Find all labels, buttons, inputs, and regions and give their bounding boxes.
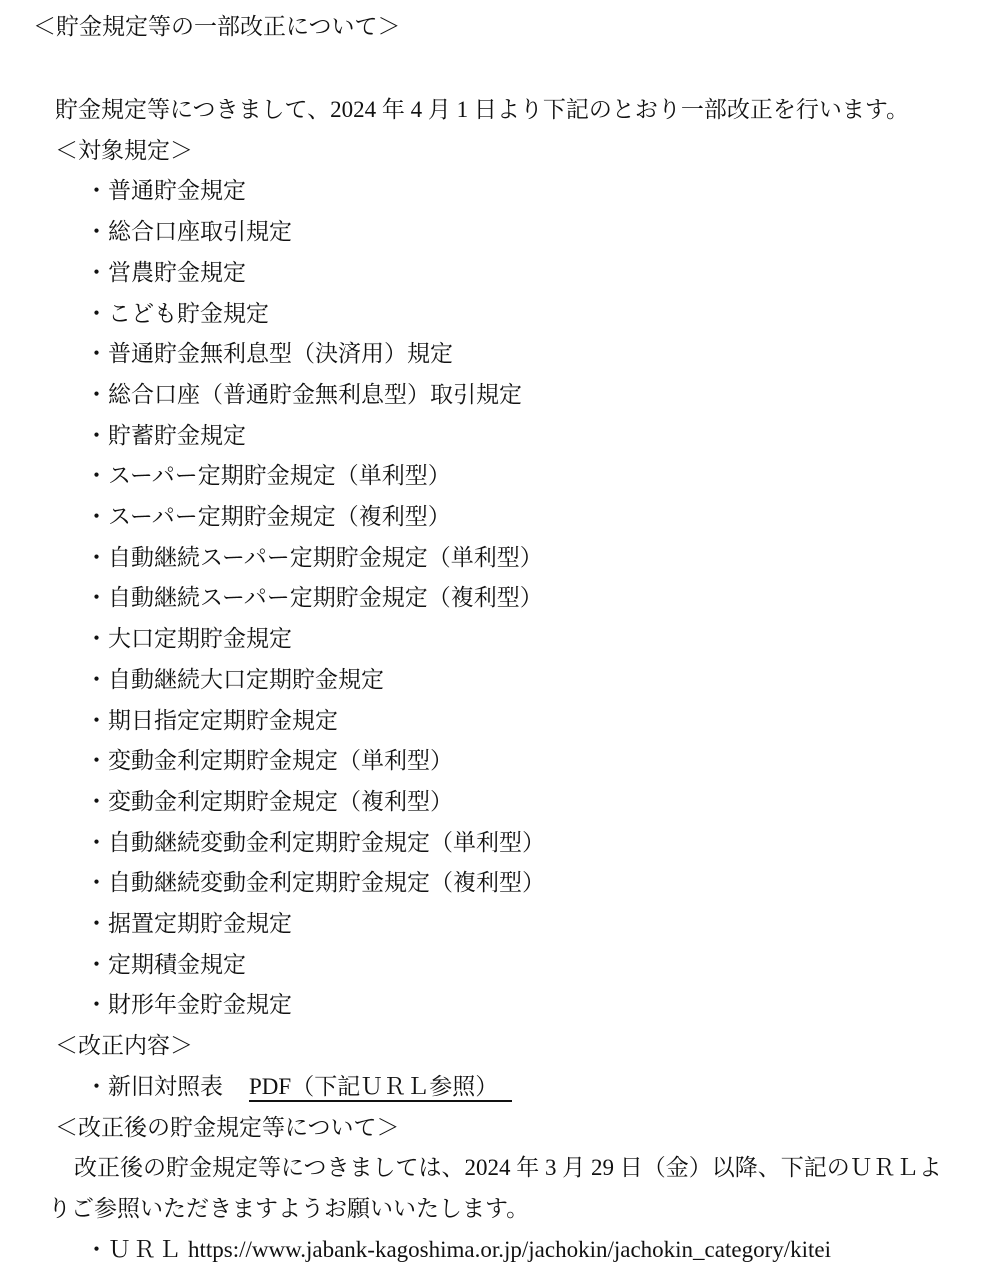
section-heading-amendment-content: ＜改正内容＞ (0, 1026, 1000, 1067)
after-paragraph-line-2: りご参照いただきますようお願いいたします。 (0, 1189, 1000, 1230)
bullet-marker: ・ (85, 375, 108, 416)
url-label: ＵＲＬ (108, 1237, 183, 1262)
regulation-name: 普通貯金無利息型（決済用）規定 (108, 341, 453, 366)
regulation-name: 自動継続スーパー定期貯金規定（単利型） (108, 545, 543, 570)
list-item: ・自動継続変動金利定期貯金規定（複利型） (0, 863, 1000, 904)
list-item: ・こども貯金規定 (0, 294, 1000, 335)
list-item: ・普通貯金規定 (0, 171, 1000, 212)
regulation-name: 自動継続変動金利定期貯金規定（複利型） (108, 870, 545, 895)
list-item: ・総合口座（普通貯金無利息型）取引規定 (0, 375, 1000, 416)
section-heading-target-regulations: ＜対象規定＞ (0, 131, 1000, 172)
list-item: ・普通貯金無利息型（決済用）規定 (0, 334, 1000, 375)
pdf-reference-link[interactable]: PDF（下記ＵＲＬ参照） (249, 1074, 512, 1102)
list-item: ・自動継続スーパー定期貯金規定（複利型） (0, 578, 1000, 619)
regulation-name: 定期積金規定 (108, 952, 246, 977)
list-item: ・スーパー定期貯金規定（単利型） (0, 456, 1000, 497)
list-item: ・定期積金規定 (0, 945, 1000, 986)
bullet-marker: ・ (85, 619, 108, 660)
list-item: ・財形年金貯金規定 (0, 985, 1000, 1026)
list-item: ・変動金利定期貯金規定（複利型） (0, 782, 1000, 823)
url-line: ・ＵＲＬhttps://www.jabank-kagoshima.or.jp/j… (0, 1230, 1000, 1263)
list-item: ・自動継続大口定期貯金規定 (0, 660, 1000, 701)
regulation-name: 変動金利定期貯金規定（単利型） (108, 748, 453, 773)
intro-paragraph: 貯金規定等につきまして、2024 年 4 月 1 日より下記のとおり一部改正を行… (0, 90, 1000, 131)
bullet-marker: ・ (85, 904, 108, 945)
bullet-marker: ・ (85, 171, 108, 212)
regulation-name: 大口定期貯金規定 (108, 626, 292, 651)
list-item: ・自動継続変動金利定期貯金規定（単利型） (0, 823, 1000, 864)
bullet-marker: ・ (85, 456, 108, 497)
regulation-list: ・普通貯金規定 ・総合口座取引規定 ・営農貯金規定 ・こども貯金規定 ・普通貯金… (0, 171, 1000, 1026)
bullet-marker: ・ (85, 416, 108, 457)
list-item: ・自動継続スーパー定期貯金規定（単利型） (0, 538, 1000, 579)
bullet-marker: ・ (85, 863, 108, 904)
regulation-name: 総合口座（普通貯金無利息型）取引規定 (108, 382, 522, 407)
list-item: ・総合口座取引規定 (0, 212, 1000, 253)
bullet-marker: ・ (85, 212, 108, 253)
list-item: ・変動金利定期貯金規定（単利型） (0, 741, 1000, 782)
amendment-item-line: ・新旧対照表PDF（下記ＵＲＬ参照） (0, 1067, 1000, 1108)
bullet-marker: ・ (85, 538, 108, 579)
bullet-marker: ・ (85, 294, 108, 335)
regulation-name: 財形年金貯金規定 (108, 992, 292, 1017)
regulation-name: こども貯金規定 (108, 301, 269, 326)
bullet-marker: ・ (85, 985, 108, 1026)
bullet-marker: ・ (85, 823, 108, 864)
regulation-name: 自動継続スーパー定期貯金規定（複利型） (108, 585, 543, 610)
regulations-url-link[interactable]: https://www.jabank-kagoshima.or.jp/jacho… (188, 1237, 831, 1263)
bullet-marker: ・ (85, 253, 108, 294)
bullet-marker: ・ (85, 1230, 108, 1263)
list-item: ・スーパー定期貯金規定（複利型） (0, 497, 1000, 538)
list-item: ・据置定期貯金規定 (0, 904, 1000, 945)
regulation-name: 総合口座取引規定 (108, 219, 292, 244)
bullet-marker: ・ (85, 1067, 108, 1108)
bullet-marker: ・ (85, 334, 108, 375)
regulation-name: 変動金利定期貯金規定（複利型） (108, 789, 453, 814)
regulation-name: 期日指定定期貯金規定 (108, 708, 338, 733)
section-heading-after-amendment: ＜改正後の貯金規定等について＞ (0, 1108, 1000, 1149)
list-item: ・貯蓄貯金規定 (0, 416, 1000, 457)
page-title: ＜貯金規定等の一部改正について＞ (33, 11, 401, 43)
list-item: ・営農貯金規定 (0, 253, 1000, 294)
regulation-name: 据置定期貯金規定 (108, 911, 292, 936)
document-body: 貯金規定等につきまして、2024 年 4 月 1 日より下記のとおり一部改正を行… (0, 90, 1000, 1263)
bullet-marker: ・ (85, 578, 108, 619)
regulation-name: 営農貯金規定 (108, 260, 246, 285)
after-paragraph-line-1: 改正後の貯金規定等につきましては、2024 年 3 月 29 日（金）以降、下記… (0, 1148, 1000, 1189)
regulation-name: スーパー定期貯金規定（複利型） (108, 504, 451, 529)
bullet-marker: ・ (85, 660, 108, 701)
regulation-name: 貯蓄貯金規定 (108, 423, 246, 448)
regulation-name: 自動継続変動金利定期貯金規定（単利型） (108, 830, 545, 855)
notice-page: ＜貯金規定等の一部改正について＞ 貯金規定等につきまして、2024 年 4 月 … (0, 0, 1000, 1263)
regulation-name: スーパー定期貯金規定（単利型） (108, 463, 451, 488)
bullet-marker: ・ (85, 782, 108, 823)
comparison-table-label: 新旧対照表 (108, 1074, 223, 1099)
bullet-marker: ・ (85, 701, 108, 742)
regulation-name: 普通貯金規定 (108, 178, 246, 203)
bullet-marker: ・ (85, 497, 108, 538)
regulation-name: 自動継続大口定期貯金規定 (108, 667, 384, 692)
list-item: ・大口定期貯金規定 (0, 619, 1000, 660)
list-item: ・期日指定定期貯金規定 (0, 701, 1000, 742)
bullet-marker: ・ (85, 741, 108, 782)
bullet-marker: ・ (85, 945, 108, 986)
